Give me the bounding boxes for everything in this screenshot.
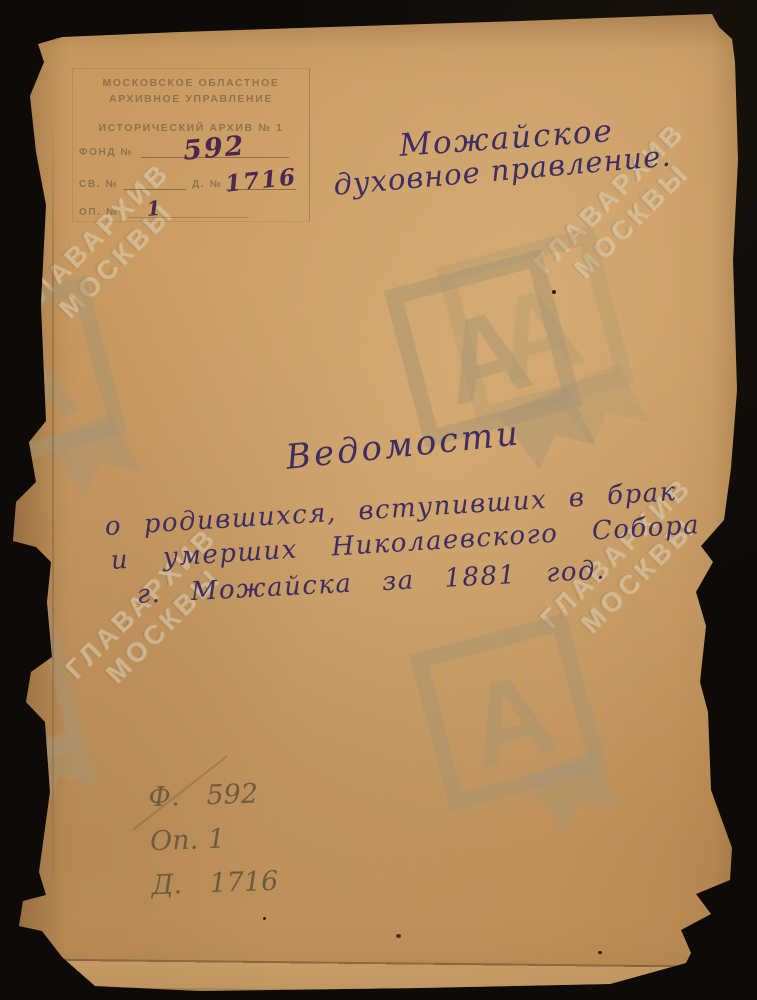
reference-delo-row: Д. 1716	[151, 866, 279, 901]
svg-text:А: А	[0, 624, 48, 772]
stamp-opis-row: ОП. № 1	[73, 203, 309, 218]
stamp-delo-label: Д. №	[192, 179, 222, 190]
archive-stamp: МОСКОВСКОЕ ОБЛАСТНОЕ АРХИВНОЕ УПРАВЛЕНИЕ…	[72, 68, 310, 222]
reference-opis-value: 1	[207, 824, 225, 856]
reference-opis-row: Оп. 1	[149, 822, 277, 857]
stamp-opis-label: ОП. №	[79, 207, 119, 218]
bottom-fold-crease	[42, 959, 682, 994]
reference-fond-row: Ф. 592	[148, 778, 276, 813]
stamp-org-line2: АРХИВНОЕ УПРАВЛЕНИЕ	[73, 93, 309, 105]
stamp-delo-row: СВ. № Д. № 1716	[73, 175, 309, 190]
scan-background: ГЛАВАРХИВ МОСКВЫ ГЛАВАРХИВ МОСКВЫ ГЛАВАР…	[0, 0, 757, 1000]
document-cover: ГЛАВАРХИВ МОСКВЫ ГЛАВАРХИВ МОСКВЫ ГЛАВАР…	[0, 0, 757, 1000]
reference-delo-label: Д.	[151, 868, 210, 901]
stamp-fond-row: ФОНД № 592	[73, 143, 309, 158]
paper-speck	[263, 917, 266, 920]
glavarhiv-logo-icon: А	[398, 601, 642, 877]
stamp-org-line3: ИСТОРИЧЕСКИЙ АРХИВ № 1	[73, 122, 309, 134]
stamp-org-line1: МОСКОВСКОЕ ОБЛАСТНОЕ	[73, 77, 309, 89]
reference-block: Ф. 592 Оп. 1 Д. 1716	[148, 778, 279, 901]
reference-opis-label: Оп.	[149, 824, 208, 857]
stamp-fond-value: 592	[182, 130, 247, 166]
stamp-svyazka-label: СВ. №	[79, 179, 118, 190]
stamp-delo-value: 1716	[224, 163, 298, 197]
paper-speck	[396, 934, 401, 938]
glavarhiv-logo-icon: А	[0, 264, 162, 540]
reference-fond-value: 592	[206, 778, 259, 811]
reference-delo-value: 1716	[209, 866, 279, 899]
left-crease-line	[52, 120, 54, 900]
paper-speck	[598, 951, 602, 954]
stamp-fond-label: ФОНД №	[79, 147, 133, 158]
stamp-opis-value: 1	[127, 196, 163, 222]
paper-speck	[552, 290, 556, 294]
